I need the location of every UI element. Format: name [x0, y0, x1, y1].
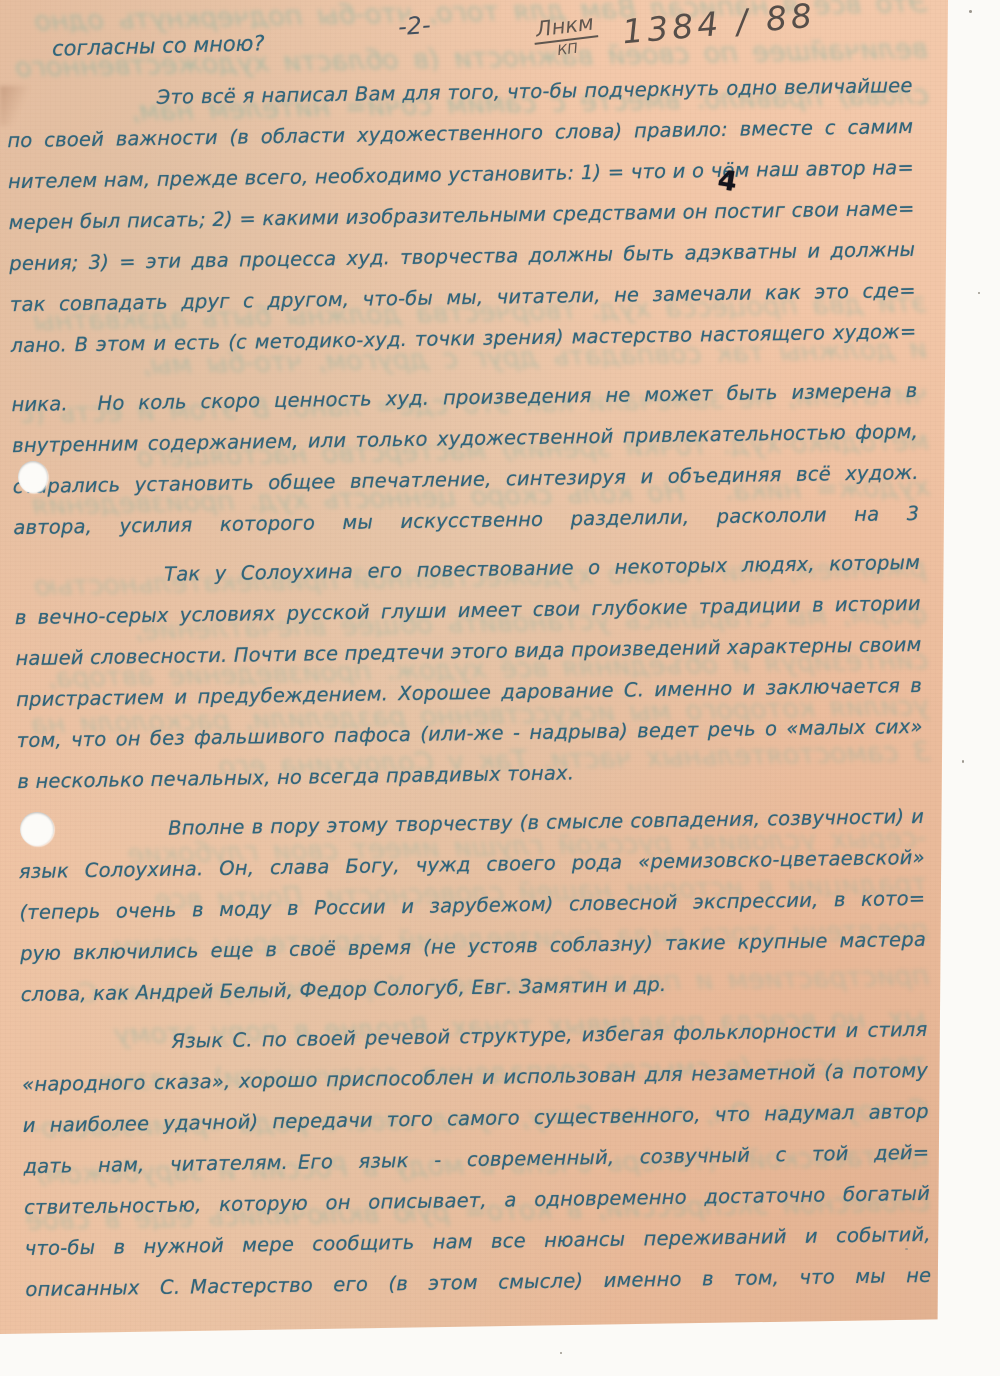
scan-speck — [969, 10, 972, 13]
opening-line: согласны со мною? — [52, 31, 265, 61]
accession-number: 1384 / 88 — [621, 0, 818, 51]
page-number: -2- — [397, 11, 431, 41]
manuscript-lines: Это всё я написал Вам для того, что-бы п… — [6, 65, 931, 1310]
archive-stamp: Лнкм КП — [532, 12, 601, 61]
hole-punch — [20, 812, 54, 846]
hole-punch — [18, 461, 48, 493]
manuscript-page: Это всё я написал Вам для того, что-бы п… — [0, 0, 948, 1334]
scan-speck — [962, 760, 964, 763]
scan-speck — [905, 1248, 908, 1250]
scan-speck — [978, 292, 980, 294]
scan-speck — [560, 1352, 562, 1354]
